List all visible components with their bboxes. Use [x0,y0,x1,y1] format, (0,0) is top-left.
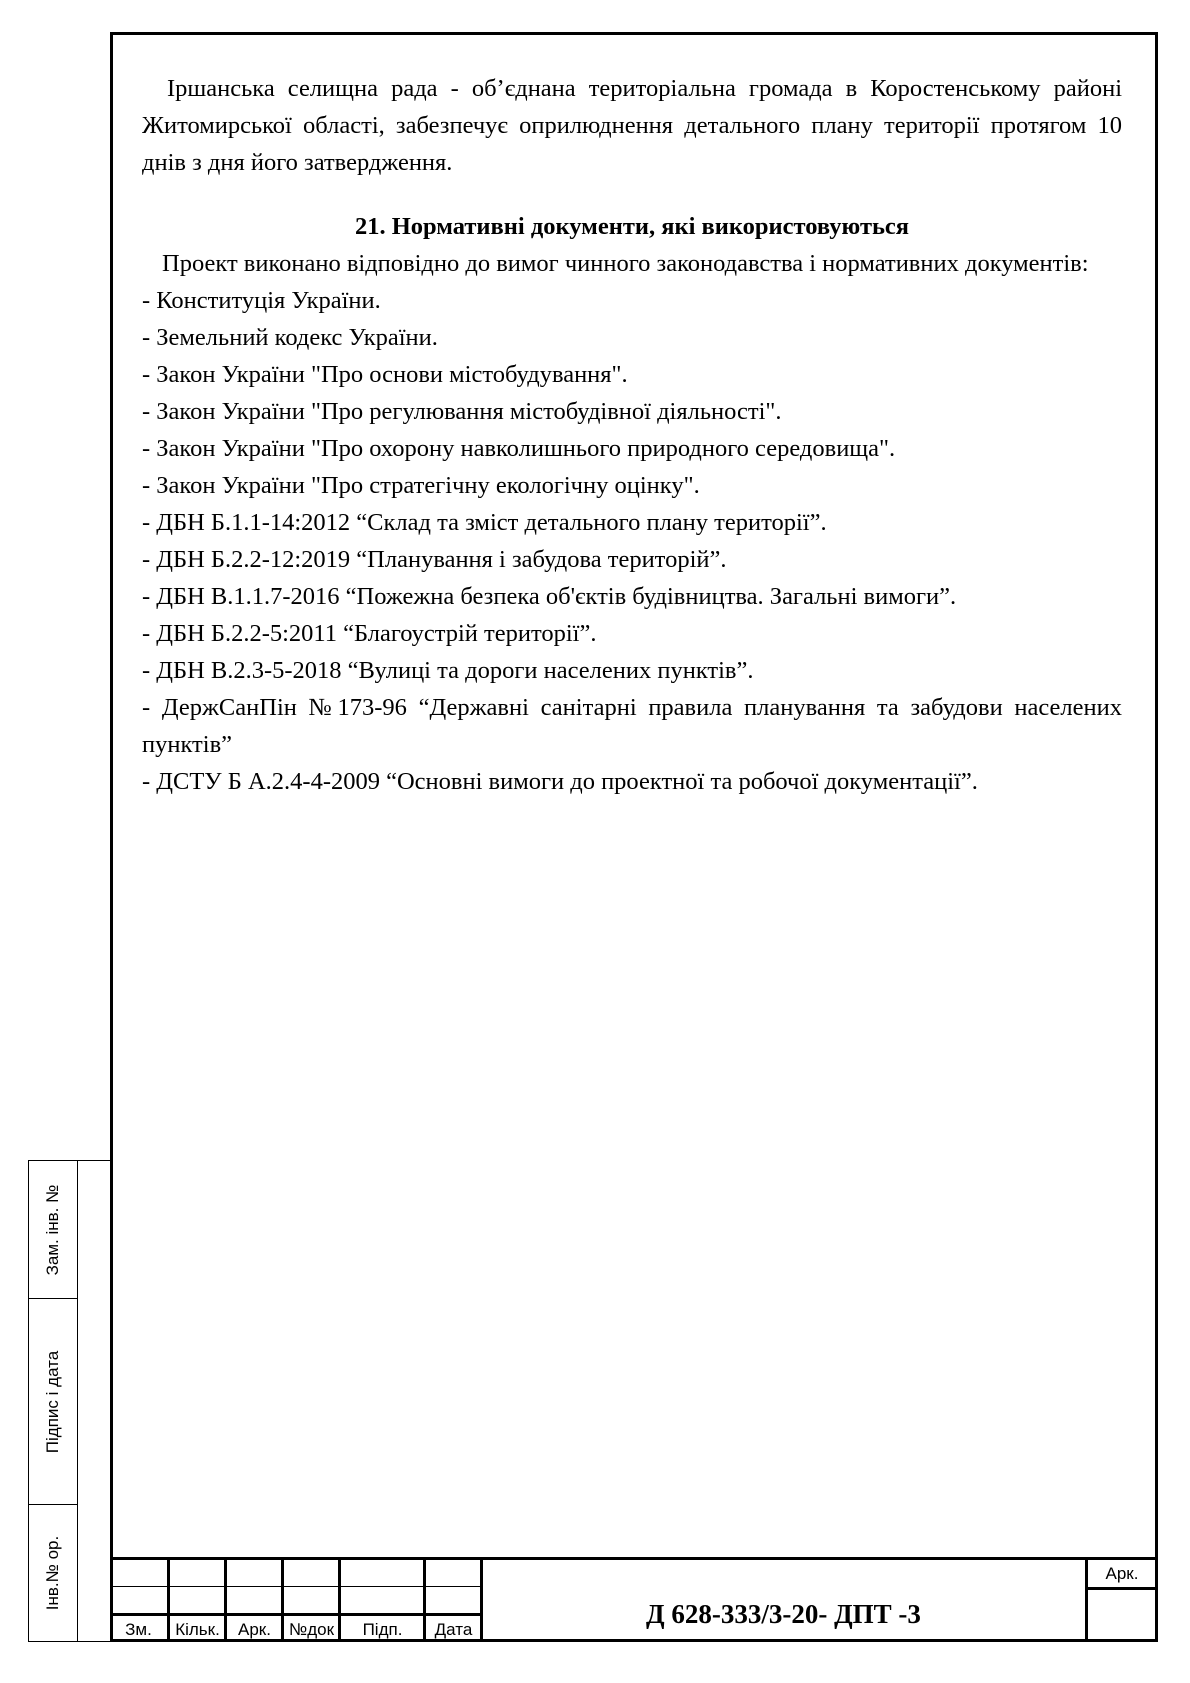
document-code: Д 628-333/3-20- ДПТ -3 [482,1586,1085,1642]
column-change: Зм. [110,1616,167,1643]
original-inventory-label: Інв.№ ор. [43,1536,63,1610]
list-item: - ДБН Б.1.1-14:2012 “Склад та зміст дета… [142,504,1122,541]
title-block-row-line [110,1586,482,1587]
side-stamp-cell-original-inv: Інв.№ ор. [29,1505,77,1641]
column-quantity: Кільк. [169,1616,226,1643]
spacer [142,181,1122,208]
list-item: - Закон України "Про регулювання містобу… [142,393,1122,430]
list-item: - ДСТУ Б А.2.4-4-2009 “Основні вимоги до… [142,763,1122,800]
list-item: - Закон України "Про стратегічну екологі… [142,467,1122,504]
list-item: - Закон України "Про охорону навколишньо… [142,430,1122,467]
column-signature: Підп. [340,1616,425,1643]
list-item: - Закон України "Про основи містобудуван… [142,356,1122,393]
side-stamp-divider [77,1161,78,1641]
column-date: Дата [425,1616,482,1643]
list-item: - ДБН В.1.1.7-2016 “Пожежна безпека об'є… [142,578,1122,615]
list-item: - Земельний кодекс України. [142,319,1122,356]
sheet-divider [1085,1587,1158,1590]
section-heading: 21. Нормативні документи, які використов… [142,208,1122,245]
list-item: - Конституція України. [142,282,1122,319]
side-stamp-cell-signature: Підпис і дата [29,1299,77,1505]
list-item: - ДБН В.2.3-5-2018 “Вулиці та дороги нас… [142,652,1122,689]
signature-date-label: Підпис і дата [43,1350,63,1452]
section-intro: Проект виконано відповідно до вимог чинн… [142,245,1122,282]
side-stamp-cell-replaced-inv: Зам. інв. № [29,1161,77,1299]
list-item: - ДержСанПін №173-96 “Державні санітарні… [142,689,1122,763]
column-doc-number: №док [283,1616,340,1643]
title-block: Зм. Кільк. Арк. №док Підп. Дата Д 628-33… [110,1557,1158,1642]
column-sheet: Арк. [226,1616,283,1643]
sheet-label: Арк. [1088,1560,1156,1587]
side-stamp: Зам. інв. № Підпис і дата Інв.№ ор. [28,1160,110,1642]
intro-paragraph: Іршанська селищна рада - об’єднана терит… [142,70,1122,181]
replaced-inventory-label: Зам. інв. № [43,1184,63,1275]
document-body: Іршанська селищна рада - об’єднана терит… [142,70,1122,800]
list-item: - ДБН Б.2.2-5:2011 “Благоустрій територі… [142,615,1122,652]
list-item: - ДБН Б.2.2-12:2019 “Планування і забудо… [142,541,1122,578]
